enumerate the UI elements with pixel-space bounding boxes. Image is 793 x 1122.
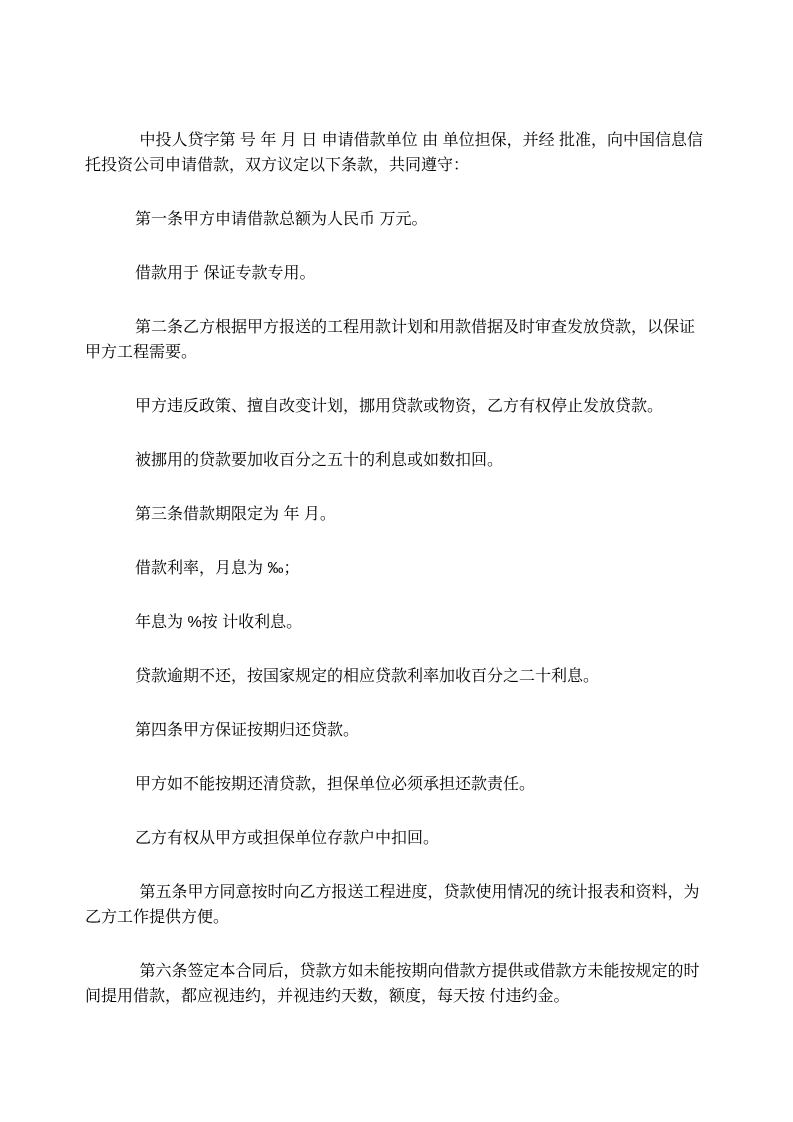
paragraph-clause-2: 第二条乙方根据甲方报送的工程用款计划和用款借据及时审查发放贷款，以保证甲方工程需… (85, 315, 705, 365)
paragraph-annual-rate: 年息为 %按 计收利息。 (85, 610, 705, 635)
paragraph-intro: 中投人贷字第 号 年 月 日 申请借款单位 由 单位担保，并经 批准，向中国信息… (85, 128, 705, 178)
paragraph-guarantor-liability: 甲方如不能按期还清贷款，担保单位必须承担还款责任。 (85, 772, 705, 797)
paragraph-monthly-rate: 借款利率，月息为 ‰； (85, 556, 705, 581)
paragraph-misused-loan: 被挪用的贷款要加收百分之五十的利息或如数扣回。 (85, 448, 705, 473)
paragraph-loan-purpose: 借款用于 保证专款专用。 (85, 261, 705, 286)
paragraph-deduction-right: 乙方有权从甲方或担保单位存款户中扣回。 (85, 826, 705, 851)
paragraph-policy-violation: 甲方违反政策、擅自改变计划，挪用贷款或物资，乙方有权停止发放贷款。 (85, 394, 705, 419)
paragraph-clause-3: 第三条借款期限定为 年 月。 (85, 502, 705, 527)
paragraph-overdue-penalty: 贷款逾期不还，按国家规定的相应贷款利率加收百分之二十利息。 (85, 664, 705, 689)
paragraph-clause-5: 第五条甲方同意按时向乙方报送工程进度，贷款使用情况的统计报表和资料，为乙方工作提… (85, 880, 705, 930)
paragraph-clause-4: 第四条甲方保证按期归还贷款。 (85, 718, 705, 743)
document-page: 中投人贷字第 号 年 月 日 申请借款单位 由 单位担保，并经 批准，向中国信息… (0, 0, 793, 1122)
paragraph-clause-1: 第一条甲方申请借款总额为人民币 万元。 (85, 207, 705, 232)
paragraph-clause-6: 第六条签定本合同后，贷款方如未能按期向借款方提供或借款方未能按规定的时间提用借款… (85, 959, 705, 1009)
